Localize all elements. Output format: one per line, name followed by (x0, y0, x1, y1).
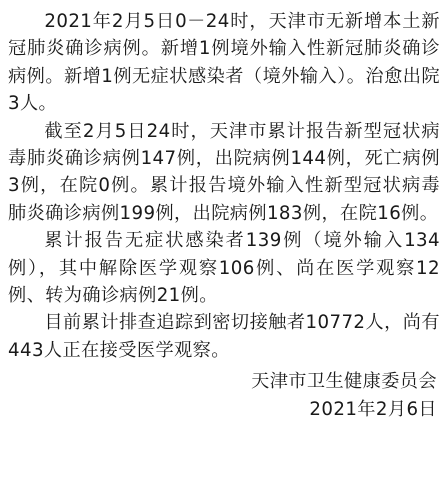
notice-body: 2021年2月5日0－24时，天津市无新增本土新冠肺炎确诊病例。新增1例境外输入… (8, 8, 440, 364)
signature-block: 天津市卫生健康委员会 2021年2月6日 (251, 368, 437, 424)
paragraph-asymptomatic: 累计报告无症状感染者139例（境外输入134例），其中解除医学观察106例、尚在… (8, 227, 440, 309)
paragraph-daily-update: 2021年2月5日0－24时，天津市无新增本土新冠肺炎确诊病例。新增1例境外输入… (8, 8, 440, 118)
paragraph-cumulative-confirmed: 截至2月5日24时，天津市累计报告新型冠状病毒肺炎确诊病例147例，出院病例14… (8, 118, 440, 228)
paragraph-close-contacts: 目前累计排查追踪到密切接触者10772人，尚有443人正在接受医学观察。 (8, 309, 440, 364)
issue-date: 2021年2月6日 (251, 396, 437, 424)
issuing-organization: 天津市卫生健康委员会 (251, 368, 437, 396)
